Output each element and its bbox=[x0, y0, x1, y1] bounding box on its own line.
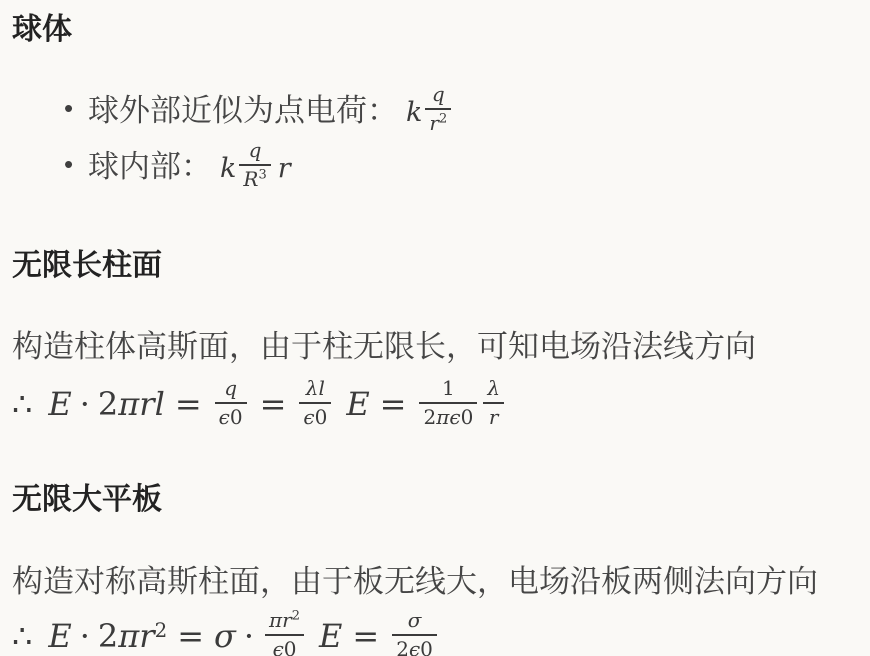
equals-sign: = bbox=[177, 617, 204, 655]
equals-sign: = bbox=[260, 385, 287, 423]
math-var-epsilon: ϵ bbox=[303, 405, 314, 429]
math-vars-pir: πr bbox=[118, 617, 154, 655]
fraction-numerator: λ bbox=[483, 377, 504, 404]
fraction-denominator: ϵ0 bbox=[265, 636, 304, 656]
math-var-E: E bbox=[48, 617, 71, 655]
math-two: 2 bbox=[396, 637, 409, 656]
math-coefficient: 2 bbox=[98, 617, 118, 655]
cdot-operator: · bbox=[244, 617, 254, 655]
math-zero: 0 bbox=[420, 637, 433, 656]
math-zero: 0 bbox=[230, 405, 243, 429]
math-var-r: r bbox=[278, 153, 291, 184]
section-cylinder: 无限长柱面 构造柱体高斯面，由于柱无限长，可知电场沿法线方向 ∴E·2πrl=q… bbox=[12, 246, 856, 430]
math-two: 2 bbox=[423, 405, 436, 429]
fraction-numerator: σ bbox=[392, 609, 437, 636]
bullet-icon: • bbox=[64, 82, 73, 134]
math-coefficient: 2 bbox=[98, 385, 118, 423]
list-item-sphere-inside: •球内部：kqR3r bbox=[88, 139, 856, 195]
fraction-denominator: r bbox=[483, 404, 504, 429]
math-var-r: r bbox=[429, 111, 439, 135]
bullet-icon: • bbox=[64, 138, 73, 190]
math-fraction: qR3 bbox=[239, 139, 270, 191]
fraction-numerator: 1 bbox=[419, 377, 477, 404]
fraction-denominator: ϵ0 bbox=[215, 404, 247, 429]
math-zero: 0 bbox=[315, 405, 328, 429]
fraction-denominator: ϵ0 bbox=[299, 404, 331, 429]
list-item-label: 球内部： bbox=[88, 149, 212, 184]
formula-cylinder: ∴E·2πrl=qϵ0=λlϵ0E=12πϵ0λr bbox=[12, 377, 856, 430]
math-zero: 0 bbox=[461, 405, 474, 429]
fraction-numerator: λl bbox=[299, 377, 331, 404]
cdot-operator: · bbox=[80, 385, 90, 423]
fraction-numerator: q bbox=[425, 83, 451, 110]
math-var-epsilon: ϵ bbox=[273, 637, 284, 656]
math-fraction-q-eps0: qϵ0 bbox=[215, 377, 247, 429]
exponent: 2 bbox=[292, 608, 300, 623]
list-item-label: 球外部近似为点电荷： bbox=[88, 93, 398, 128]
therefore-symbol: ∴ bbox=[12, 617, 34, 655]
math-fraction: qr2 bbox=[425, 83, 451, 135]
math-var-E: E bbox=[346, 385, 369, 423]
cdot-operator: · bbox=[80, 617, 90, 655]
paragraph-plate: 构造对称高斯柱面，由于板无线大，电场沿板两侧法向方向 bbox=[12, 558, 856, 606]
equals-sign: = bbox=[380, 385, 407, 423]
math-fraction-pir2-eps0: πr2ϵ0 bbox=[265, 609, 304, 656]
exponent: 2 bbox=[439, 111, 447, 126]
math-var-k: k bbox=[220, 153, 236, 184]
section-sphere: 球体 •球外部近似为点电荷：kqr2 •球内部：kqR3r bbox=[12, 10, 856, 195]
math-var-E: E bbox=[319, 617, 342, 655]
math-fraction-lambdal-eps0: λlϵ0 bbox=[299, 377, 331, 429]
math-var-pi-epsilon: πϵ bbox=[436, 405, 460, 429]
equals-sign: = bbox=[352, 617, 379, 655]
exponent: 3 bbox=[258, 167, 266, 182]
math-var-k: k bbox=[406, 97, 422, 128]
section-heading-plate: 无限大平板 bbox=[12, 480, 856, 519]
math-vars-pir: πr bbox=[269, 608, 292, 632]
section-plate: 无限大平板 构造对称高斯柱面，由于板无线大，电场沿板两侧法向方向 ∴E·2πr2… bbox=[12, 480, 856, 656]
math-vars-pirl: πrl bbox=[118, 385, 165, 423]
fraction-numerator: πr2 bbox=[265, 609, 304, 636]
math-var-R: R bbox=[243, 167, 258, 191]
fraction-denominator: 2πϵ0 bbox=[419, 404, 477, 429]
paragraph-cylinder: 构造柱体高斯面，由于柱无限长，可知电场沿法线方向 bbox=[12, 323, 856, 371]
notes-page: 球体 •球外部近似为点电荷：kqr2 •球内部：kqR3r 无限长柱面 构造柱体… bbox=[0, 0, 870, 656]
inline-math-point-charge: kqr2 bbox=[406, 97, 454, 128]
fraction-denominator: 2ϵ0 bbox=[392, 636, 437, 656]
inline-math-inside-sphere: kqR3r bbox=[220, 153, 291, 184]
math-fraction-lambda-r: λr bbox=[483, 377, 504, 429]
equals-sign: = bbox=[175, 385, 202, 423]
therefore-symbol: ∴ bbox=[12, 385, 34, 423]
fraction-numerator: q bbox=[239, 139, 270, 166]
section-heading-sphere: 球体 bbox=[12, 10, 856, 49]
bullet-list: •球外部近似为点电荷：kqr2 •球内部：kqR3r bbox=[12, 83, 856, 195]
fraction-denominator: R3 bbox=[239, 166, 270, 191]
math-fraction-sigma-2eps0: σ2ϵ0 bbox=[392, 609, 437, 656]
section-heading-cylinder: 无限长柱面 bbox=[12, 246, 856, 285]
fraction-denominator: r2 bbox=[425, 110, 451, 135]
math-var-epsilon: ϵ bbox=[219, 405, 230, 429]
math-zero: 0 bbox=[284, 637, 297, 656]
list-item-sphere-outside: •球外部近似为点电荷：kqr2 bbox=[88, 83, 856, 139]
formula-plate: ∴E·2πr2=σ·πr2ϵ0E=σ2ϵ0 bbox=[12, 609, 856, 656]
math-var-epsilon: ϵ bbox=[409, 637, 420, 656]
math-fraction-coulomb-const: 12πϵ0 bbox=[419, 377, 477, 429]
math-var-E: E bbox=[48, 385, 71, 423]
exponent: 2 bbox=[155, 619, 168, 642]
fraction-numerator: q bbox=[215, 377, 247, 404]
math-var-sigma: σ bbox=[214, 617, 236, 655]
